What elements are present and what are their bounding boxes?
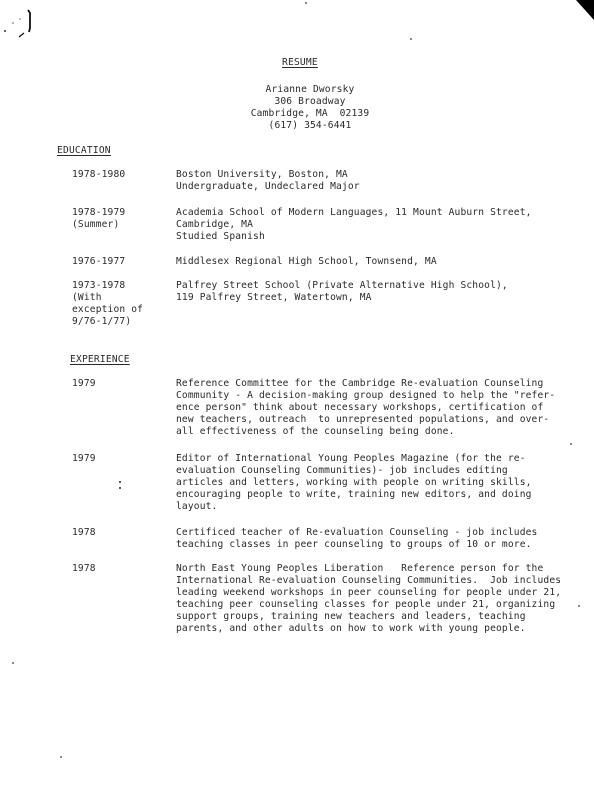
scan-speck — [305, 2, 307, 4]
resume-title: RESUME — [282, 57, 318, 70]
entry-date-note: 9/76-1/77) — [72, 316, 131, 329]
entry-date-note: (With — [72, 292, 102, 305]
entry-text-line: encouraging people to write, training ne… — [176, 489, 532, 502]
entry-date: 1979 — [72, 378, 96, 391]
entry-text-line: teaching classes in peer counseling to g… — [176, 539, 532, 552]
pen-mark-decoration — [0, 0, 60, 50]
entry-text-line: Middlesex Regional High School, Townsend… — [176, 256, 437, 269]
entry-text-line: Undergraduate, Undeclared Major — [176, 181, 360, 194]
entry-text-line: all effectiveness of the counseling bein… — [176, 426, 455, 439]
entry-text-line: Boston University, Boston, MA — [176, 169, 348, 182]
entry-text-line: International Re-evaluation Counseling C… — [176, 575, 561, 588]
entry-date: 1979 — [72, 453, 96, 466]
entry-text-line: teaching peer counseling classes for peo… — [176, 599, 555, 612]
entry-text-line: parents, and other adults on how to work… — [176, 623, 526, 636]
scan-speck — [119, 487, 121, 489]
scan-speck — [578, 605, 580, 607]
experience-heading: EXPERIENCE — [70, 354, 130, 367]
entry-text-line: layout. — [176, 501, 217, 514]
entry-text-line: Community - A decision-making group desi… — [176, 390, 555, 403]
entry-text-line: articles and letters, working with peopl… — [176, 477, 532, 490]
entry-date: 1978 — [72, 527, 96, 540]
education-heading: EDUCATION — [57, 145, 111, 158]
scan-speck — [60, 756, 62, 758]
scan-speck — [570, 443, 572, 445]
folded-corner-mark — [576, 0, 594, 20]
city-state-zip: Cambridge, MA 02139 — [200, 108, 420, 121]
entry-date: 1978-1980 — [72, 169, 125, 182]
entry-date-note: (Summer) — [72, 219, 119, 232]
street-address: 306 Broadway — [200, 96, 420, 109]
scan-speck — [119, 481, 121, 483]
entry-text-line: new teachers, outreach to unrepresented … — [176, 414, 549, 427]
entry-text-line: support groups, training new teachers an… — [176, 611, 526, 624]
entry-text-line: Studied Spanish — [176, 231, 265, 244]
entry-text-line: Cambridge, MA — [176, 219, 253, 232]
scan-speck — [12, 662, 14, 664]
entry-text-line: evaluation Counseling Communities)- job … — [176, 465, 508, 478]
entry-text-line: Editor of International Young Peoples Ma… — [176, 453, 526, 466]
entry-date: 1978 — [72, 563, 96, 576]
entry-text-line: Academia School of Modern Languages, 11 … — [176, 207, 532, 220]
entry-date-note: exception of — [72, 304, 143, 317]
entry-date: 1978-1979 — [72, 207, 125, 220]
applicant-name: Arianne Dworsky — [200, 84, 420, 97]
entry-text-line: Reference Committee for the Cambridge Re… — [176, 378, 543, 391]
entry-text-line: leading weekend workshops in peer counse… — [176, 587, 561, 600]
phone-number: (617) 354-6441 — [200, 120, 420, 133]
scan-speck — [410, 38, 412, 40]
entry-date: 1973-1978 — [72, 280, 125, 293]
entry-date: 1976-1977 — [72, 256, 125, 269]
entry-text-line: Certificed teacher of Re-evaluation Coun… — [176, 527, 537, 540]
entry-text-line: North East Young Peoples Liberation Refe… — [176, 563, 543, 576]
entry-text-line: ence person" think about necessary works… — [176, 402, 543, 415]
entry-text-line: 119 Palfrey Street, Watertown, MA — [176, 292, 372, 305]
entry-text-line: Palfrey Street School (Private Alternati… — [176, 280, 508, 293]
